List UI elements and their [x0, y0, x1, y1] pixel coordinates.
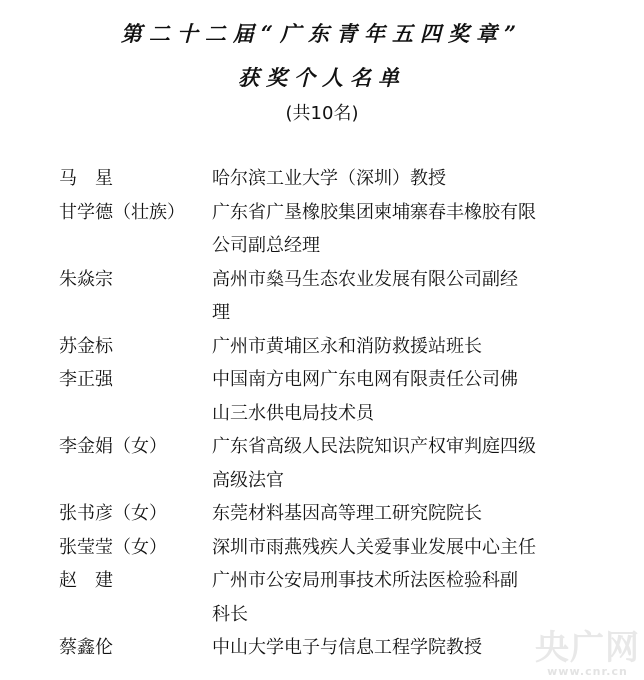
- awardee-row: 马 星 哈尔滨工业大学（深圳）教授: [0, 162, 644, 196]
- cnr-watermark: 央广网 www.cnr.cn: [535, 630, 640, 678]
- awardee-position: 高州市燊马生态农业发展有限公司副经 理: [212, 263, 562, 330]
- awardee-row: 张莹莹（女） 深圳市雨燕残疾人关爱事业发展中心主任: [0, 531, 644, 565]
- awardee-name: 甘学德（壮族）: [0, 196, 212, 263]
- position-line: 广东省广垦橡胶集团柬埔寨春丰橡胶有限: [212, 196, 562, 230]
- position-line: 高州市燊马生态农业发展有限公司副经: [212, 263, 562, 297]
- position-line: 东莞材料基因高等理工研究院院长: [212, 497, 562, 531]
- awardee-row: 张书彦（女） 东莞材料基因高等理工研究院院长: [0, 497, 644, 531]
- awardee-name: 苏金标: [0, 330, 212, 364]
- position-line: 广东省高级人民法院知识产权审判庭四级: [212, 430, 562, 464]
- position-line: 广州市公安局刑事技术所法医检验科副: [212, 564, 562, 598]
- awardee-position: 广东省高级人民法院知识产权审判庭四级 高级法官: [212, 430, 562, 497]
- awardee-name: 李金娟（女）: [0, 430, 212, 497]
- position-line: 中山大学电子与信息工程学院教授: [212, 631, 562, 665]
- awardee-row: 李金娟（女） 广东省高级人民法院知识产权审判庭四级 高级法官: [0, 430, 644, 497]
- position-line: 高级法官: [212, 464, 562, 498]
- awardee-position: 哈尔滨工业大学（深圳）教授: [212, 162, 562, 196]
- awardee-name: 马 星: [0, 162, 212, 196]
- position-line: 哈尔滨工业大学（深圳）教授: [212, 162, 562, 196]
- awardee-position: 深圳市雨燕残疾人关爱事业发展中心主任: [212, 531, 562, 565]
- awardee-position: 东莞材料基因高等理工研究院院长: [212, 497, 562, 531]
- position-line: 科长: [212, 598, 562, 632]
- awardee-position: 中国南方电网广东电网有限责任公司佛 山三水供电局技术员: [212, 363, 562, 430]
- awardee-row: 李正强 中国南方电网广东电网有限责任公司佛 山三水供电局技术员: [0, 363, 644, 430]
- position-line: 山三水供电局技术员: [212, 397, 562, 431]
- awardee-count: (共10名): [0, 99, 644, 125]
- position-line: 理: [212, 296, 562, 330]
- document-title: 第二十二届“广东青年五四奖章”: [0, 18, 644, 48]
- watermark-url: www.cnr.cn: [535, 666, 640, 678]
- awardee-name: 赵 建: [0, 564, 212, 631]
- awardee-name: 蔡鑫伦: [0, 631, 212, 665]
- awardee-name: 张书彦（女）: [0, 497, 212, 531]
- awardee-position: 广州市黄埔区永和消防救援站班长: [212, 330, 562, 364]
- awardee-name: 李正强: [0, 363, 212, 430]
- position-line: 深圳市雨燕残疾人关爱事业发展中心主任: [212, 531, 562, 565]
- watermark-logo: 央广网: [535, 630, 640, 666]
- awardee-row: 苏金标 广州市黄埔区永和消防救援站班长: [0, 330, 644, 364]
- awardee-position: 广州市公安局刑事技术所法医检验科副 科长: [212, 564, 562, 631]
- position-line: 中国南方电网广东电网有限责任公司佛: [212, 363, 562, 397]
- document-subtitle-heading: 获奖个人名单: [0, 62, 644, 92]
- awardee-row: 赵 建 广州市公安局刑事技术所法医检验科副 科长: [0, 564, 644, 631]
- awardee-position: 广东省广垦橡胶集团柬埔寨春丰橡胶有限 公司副总经理: [212, 196, 562, 263]
- awardee-row: 甘学德（壮族） 广东省广垦橡胶集团柬埔寨春丰橡胶有限 公司副总经理: [0, 196, 644, 263]
- awardee-row: 朱焱宗 高州市燊马生态农业发展有限公司副经 理: [0, 263, 644, 330]
- awardee-position: 中山大学电子与信息工程学院教授: [212, 631, 562, 665]
- position-line: 广州市黄埔区永和消防救援站班长: [212, 330, 562, 364]
- awardee-name: 张莹莹（女）: [0, 531, 212, 565]
- position-line: 公司副总经理: [212, 229, 562, 263]
- awardee-name: 朱焱宗: [0, 263, 212, 330]
- awardee-list: 马 星 哈尔滨工业大学（深圳）教授 甘学德（壮族） 广东省广垦橡胶集团柬埔寨春丰…: [0, 162, 644, 665]
